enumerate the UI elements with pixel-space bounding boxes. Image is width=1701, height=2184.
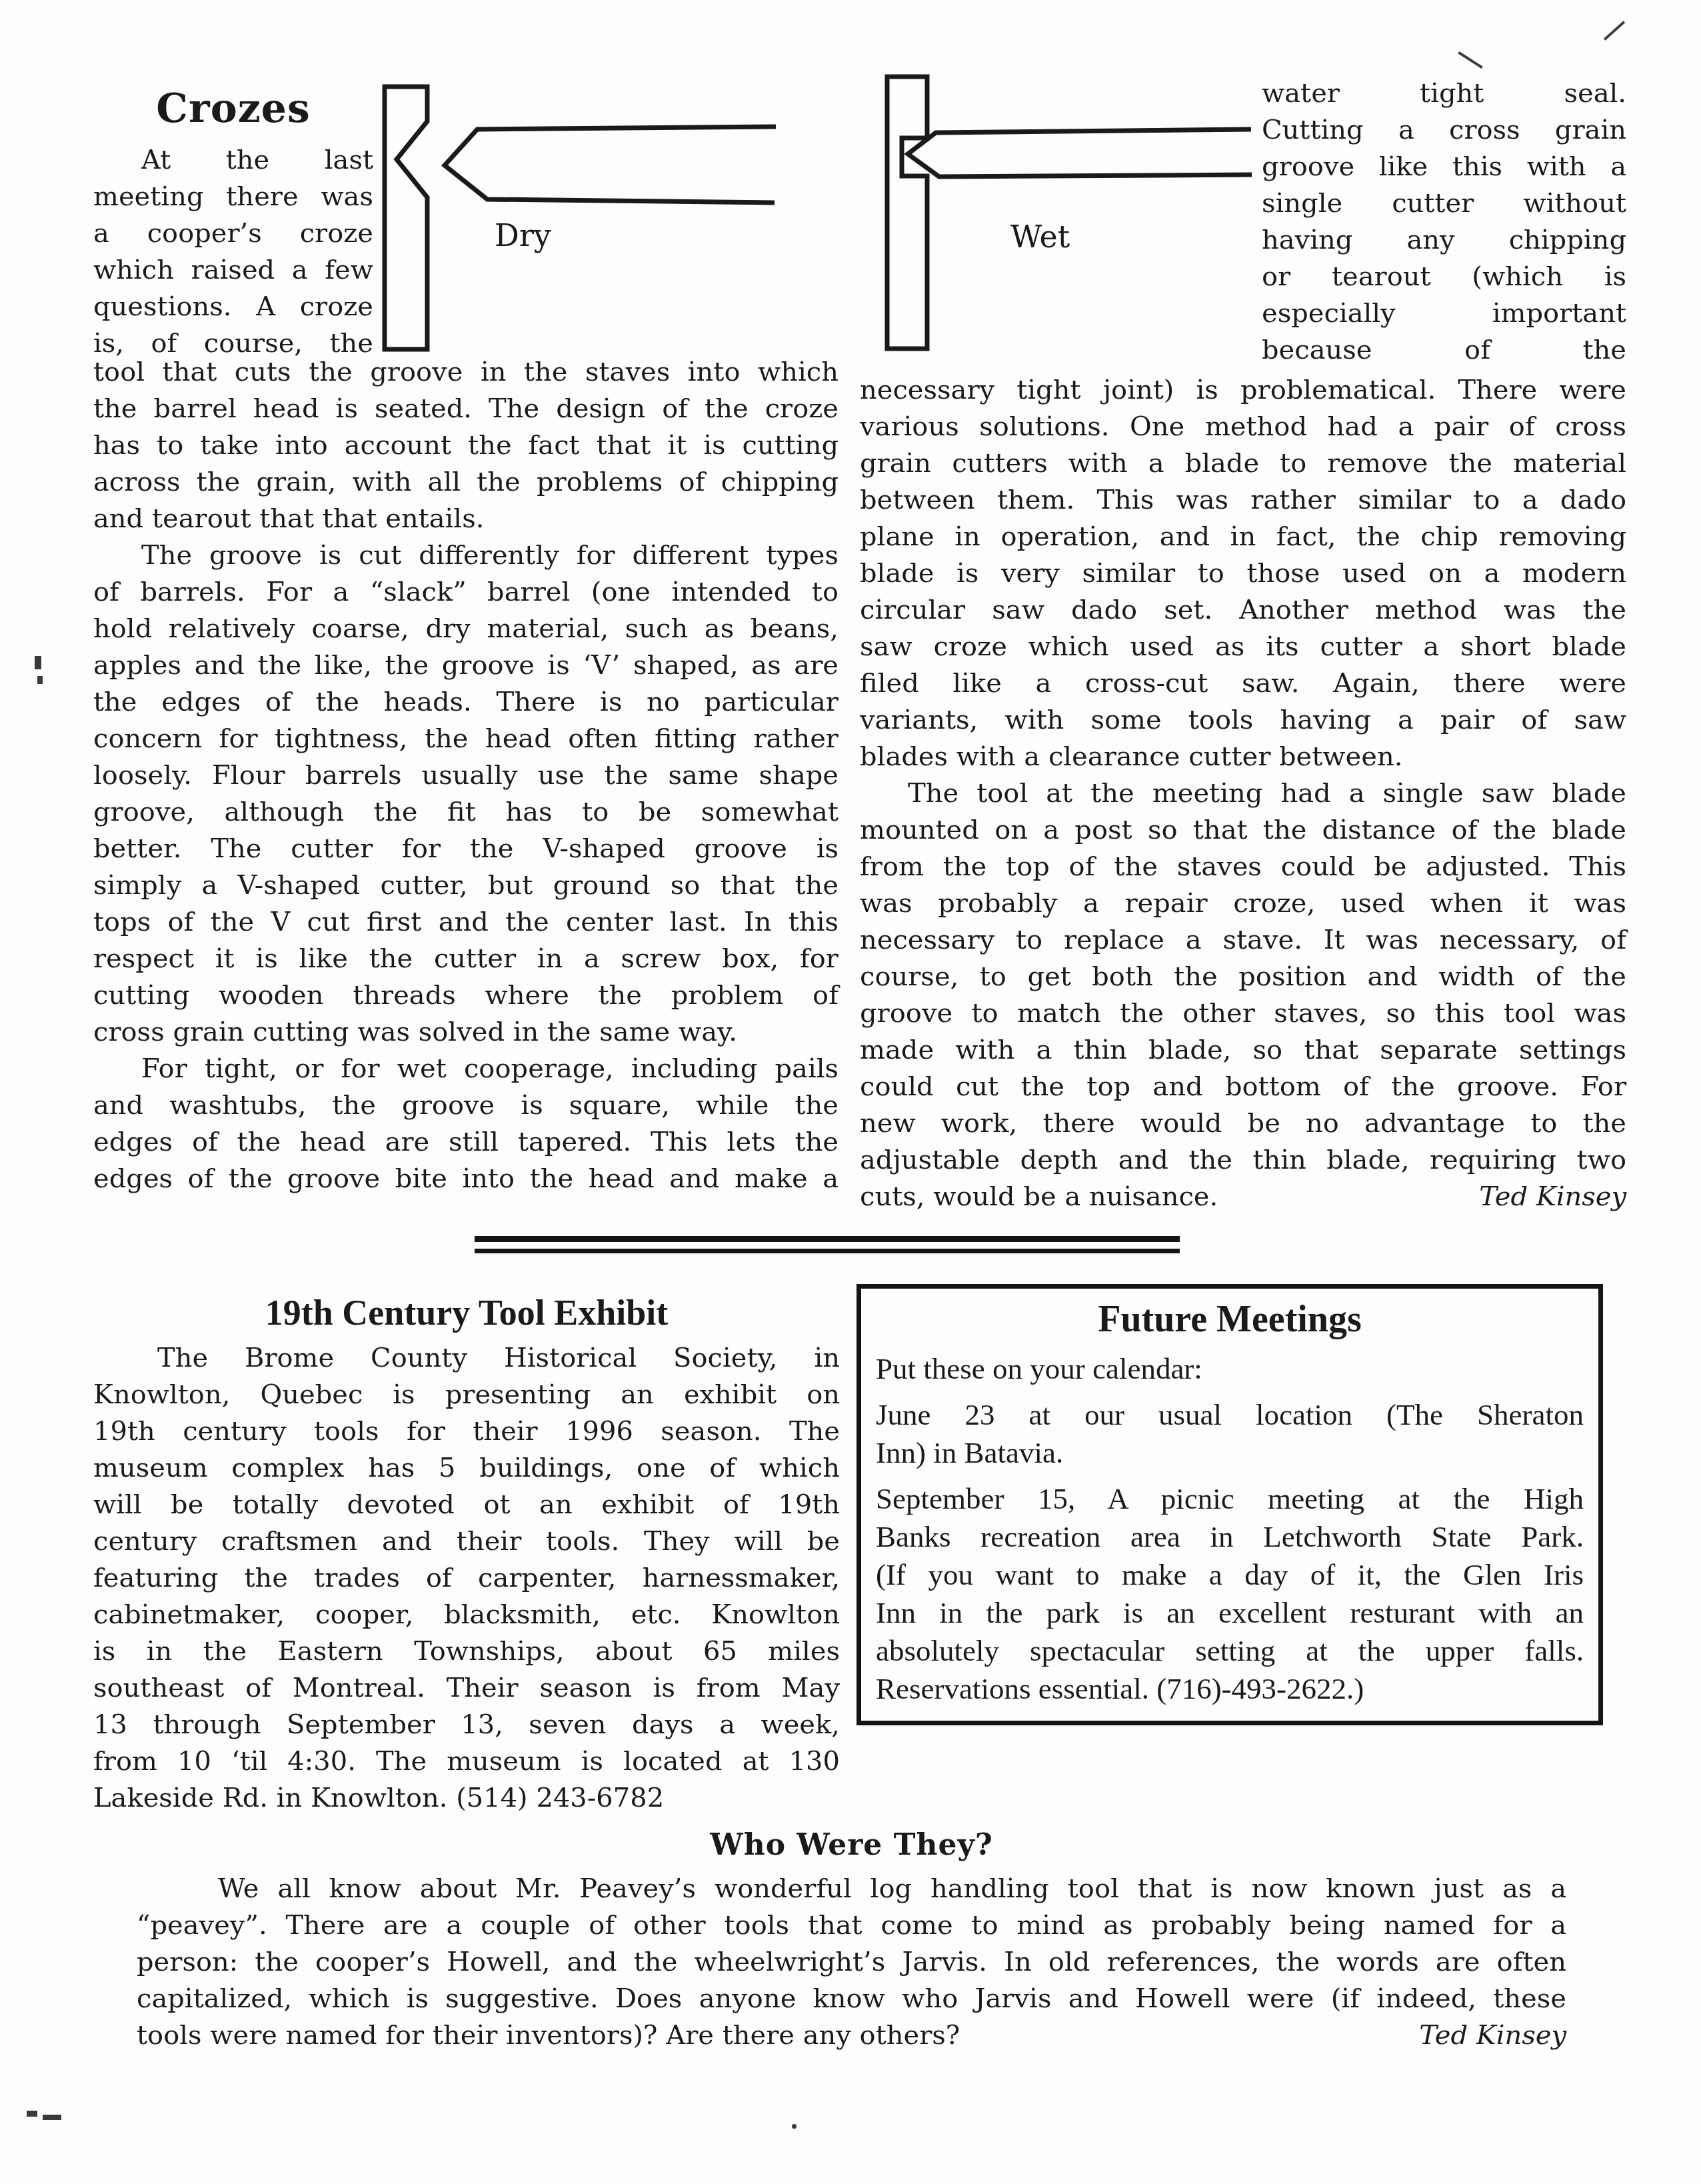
text-line: single cutter without — [1262, 185, 1626, 222]
text-line: Lakeside Rd. in Knowlton. (514) 243-6782 — [93, 1780, 840, 1817]
text-line: course, to get both the position and wid… — [860, 959, 1626, 995]
meetings-intro: Put these on your calendar: — [876, 1350, 1584, 1388]
text-line: is in the Eastern Townships, about 65 mi… — [93, 1633, 840, 1670]
scan-artifact — [37, 676, 43, 684]
text-line: groove to match the other staves, so thi… — [860, 995, 1626, 1032]
text-line: century craftsmen and their tools. They … — [93, 1523, 840, 1560]
text-line: 19th century tools for their 1996 season… — [93, 1413, 840, 1450]
text-line: and tearout that that entails. — [93, 501, 839, 537]
crozes-paragraph-3: For tight, or for wet cooperage, includi… — [93, 1051, 839, 1197]
who-closing-line: tools were named for their inventors)? A… — [137, 2017, 1566, 2054]
text-line: or tearout (which is — [1262, 259, 1626, 295]
crozes-paragraph-2: The groove is cut differently for differ… — [93, 537, 839, 1051]
exhibit-section-title: 19th Century Tool Exhibit — [93, 1292, 840, 1333]
text-line: Knowlton, Quebec is presenting an exhibi… — [93, 1377, 840, 1413]
text-line: hold relatively coarse, dry material, su… — [93, 611, 839, 647]
crozes-right-column: necessary tight joint) is problematical.… — [860, 372, 1626, 1215]
crozes-paragraph-5: The tool at the meeting had a single saw… — [860, 775, 1626, 1179]
meeting-september: September 15, A picnic meeting at the Hi… — [876, 1480, 1584, 1708]
article-title-crozes: Crozes — [93, 85, 373, 132]
text-line: across the grain, with all the problems … — [93, 464, 839, 501]
scan-artifact — [27, 2111, 37, 2117]
dry-diagram-label: Dry — [495, 220, 551, 251]
text-line: Banks recreation area in Letchworth Stat… — [876, 1518, 1584, 1556]
text-line: various solutions. One method had a pair… — [860, 409, 1626, 445]
text-line: better. The cutter for the V-shaped groo… — [93, 831, 839, 867]
text-line: We all know about Mr. Peavey’s wonderful… — [137, 1871, 1566, 1907]
crozes-narrow-column: At the lastmeeting there wasa cooper’s c… — [93, 142, 373, 362]
text-line: person: the cooper’s Howell, and the whe… — [137, 1944, 1566, 1981]
crozes-paragraph-1: tool that cuts the groove in the staves … — [93, 354, 839, 537]
crozes-right-narrow-column: water tight seal.Cutting a cross graingr… — [1262, 75, 1626, 369]
text-line: edges of the head are still tapered. Thi… — [93, 1124, 839, 1161]
text-line: absolutely spectacular setting at the up… — [876, 1632, 1584, 1670]
text-line: apples and the like, the groove is ‘V’ s… — [93, 647, 839, 684]
section-divider-top-rule — [475, 1236, 1180, 1242]
text-line: groove like this with a — [1262, 149, 1626, 185]
text-line: Cutting a cross grain — [1262, 112, 1626, 149]
scan-artifact — [43, 2115, 61, 2120]
wet-diagram-label: Wet — [1010, 221, 1070, 252]
text-line: necessary tight joint) is problematical.… — [860, 372, 1626, 409]
text-line: a cooper’s croze — [93, 215, 373, 252]
who-section-paragraph: We all know about Mr. Peavey’s wonderful… — [137, 1871, 1566, 2054]
text-line: between them. This was rather similar to… — [860, 482, 1626, 519]
text-line: from the top of the staves could be adju… — [860, 849, 1626, 885]
meeting-june: June 23 at our usual location (The Shera… — [876, 1396, 1584, 1472]
text-line: Reservations essential. (716)-493-2622.) — [876, 1670, 1584, 1708]
text-line: meeting there was — [93, 179, 373, 215]
crozes-closing-line: cuts, would be a nuisance. Ted Kinsey — [860, 1179, 1626, 1215]
text-line: The groove is cut differently for differ… — [93, 537, 839, 574]
text-line: loosely. Flour barrels usually use the s… — [93, 757, 839, 794]
text-line: new work, there would be no advantage to… — [860, 1105, 1626, 1142]
text-line: saw croze which used as its cutter a sho… — [860, 629, 1626, 665]
text-line: June 23 at our usual location (The Shera… — [876, 1396, 1584, 1434]
exhibit-paragraph: The Brome County Historical Society, inK… — [93, 1340, 840, 1817]
text-line: plane in operation, and in fact, the chi… — [860, 519, 1626, 555]
newsletter-page: Crozes At the lastmeeting there wasa coo… — [0, 0, 1701, 2184]
text-line: blade is very similar to those used on a… — [860, 555, 1626, 592]
dry-head-profile — [445, 127, 776, 203]
text-line: water tight seal. — [1262, 75, 1626, 112]
text-line: 13 through September 13, seven days a we… — [93, 1707, 840, 1743]
scan-artifact — [792, 2124, 797, 2129]
text-line: and washtubs, the groove is square, whil… — [93, 1087, 839, 1124]
text-line: (If you want to make a day of it, the Gl… — [876, 1556, 1584, 1594]
text-line: featuring the trades of carpenter, harne… — [93, 1560, 840, 1597]
who-closing-text: tools were named for their inventors)? A… — [137, 2017, 960, 2054]
text-line: of barrels. For a “slack” barrel (one in… — [93, 574, 839, 611]
text-line: circular saw dado set. Another method wa… — [860, 592, 1626, 629]
text-line: cutting wooden threads where the problem… — [93, 977, 839, 1014]
who-signature: Ted Kinsey — [1419, 2017, 1566, 2054]
crozes-paragraph-4: necessary tight joint) is problematical.… — [860, 372, 1626, 775]
wet-stave-square-groove — [887, 77, 927, 349]
text-line: made with a thin blade, so that separate… — [860, 1032, 1626, 1069]
croze-groove-diagrams — [360, 63, 1266, 360]
text-line: because of the — [1262, 332, 1626, 369]
text-line: variants, with some tools having a pair … — [860, 702, 1626, 739]
who-paragraph-lines: We all know about Mr. Peavey’s wonderful… — [137, 1871, 1566, 2017]
text-line: was probably a repair croze, used when i… — [860, 885, 1626, 922]
text-line: simply a V-shaped cutter, but ground so … — [93, 867, 839, 904]
text-line: the barrel head is seated. The design of… — [93, 391, 839, 427]
text-line: filed like a cross-cut saw. Again, there… — [860, 665, 1626, 702]
text-line: will be totally devoted ot an exhibit of… — [93, 1487, 840, 1523]
who-section-title: Who Were They? — [137, 1828, 1566, 1862]
text-line: respect it is like the cutter in a screw… — [93, 941, 839, 977]
text-line: Inn in the park is an excellent resturan… — [876, 1594, 1584, 1632]
section-divider-bottom-rule — [475, 1249, 1180, 1253]
text-line: especially important — [1262, 295, 1626, 332]
text-line: blades with a clearance cutter between. — [860, 739, 1626, 775]
text-line: cabinetmaker, cooper, blacksmith, etc. K… — [93, 1597, 840, 1633]
text-line: “peavey”. There are a couple of other to… — [137, 1907, 1566, 1944]
scan-artifact — [1458, 51, 1482, 69]
text-line: has to take into account the fact that i… — [93, 427, 839, 464]
wet-head-profile — [908, 129, 1252, 177]
text-line: adjustable depth and the thin blade, req… — [860, 1142, 1626, 1179]
text-line: grain cutters with a blade to remove the… — [860, 445, 1626, 482]
closing-text: cuts, would be a nuisance. — [860, 1179, 1218, 1215]
text-line: necessary to replace a stave. It was nec… — [860, 922, 1626, 959]
text-line: museum complex has 5 buildings, one of w… — [93, 1450, 840, 1487]
text-line: from 10 ‘til 4:30. The museum is located… — [93, 1743, 840, 1780]
text-line: having any chipping — [1262, 222, 1626, 259]
text-line: edges of the groove bite into the head a… — [93, 1161, 839, 1197]
text-line: which raised a few — [93, 252, 373, 289]
text-line: concern for tightness, the head often fi… — [93, 721, 839, 757]
dry-stave-v-groove — [385, 87, 427, 349]
scan-artifact — [35, 656, 41, 669]
text-line: cross grain cutting was solved in the sa… — [93, 1014, 839, 1051]
future-meetings-box: Future Meetings Put these on your calend… — [856, 1284, 1603, 1725]
text-line: At the last — [93, 142, 373, 179]
text-line: questions. A croze — [93, 289, 373, 325]
text-line: The Brome County Historical Society, in — [93, 1340, 840, 1377]
text-line: September 15, A picnic meeting at the Hi… — [876, 1480, 1584, 1518]
future-meetings-title: Future Meetings — [876, 1298, 1584, 1341]
text-line: could cut the top and bottom of the groo… — [860, 1069, 1626, 1105]
text-line: southeast of Montreal. Their season is f… — [93, 1670, 840, 1707]
text-line: capitalized, which is suggestive. Does a… — [137, 1981, 1566, 2017]
crozes-left-column: tool that cuts the groove in the staves … — [93, 354, 839, 1197]
text-line: the edges of the heads. There is no part… — [93, 684, 839, 721]
scan-artifact — [1604, 21, 1625, 41]
author-signature: Ted Kinsey — [1479, 1179, 1626, 1215]
text-line: mounted on a post so that the distance o… — [860, 812, 1626, 849]
text-line: The tool at the meeting had a single saw… — [860, 775, 1626, 812]
text-line: groove, although the fit has to be somew… — [93, 794, 839, 831]
text-line: Inn) in Batavia. — [876, 1434, 1584, 1472]
text-line: tops of the V cut first and the center l… — [93, 904, 839, 941]
text-line: For tight, or for wet cooperage, includi… — [93, 1051, 839, 1087]
